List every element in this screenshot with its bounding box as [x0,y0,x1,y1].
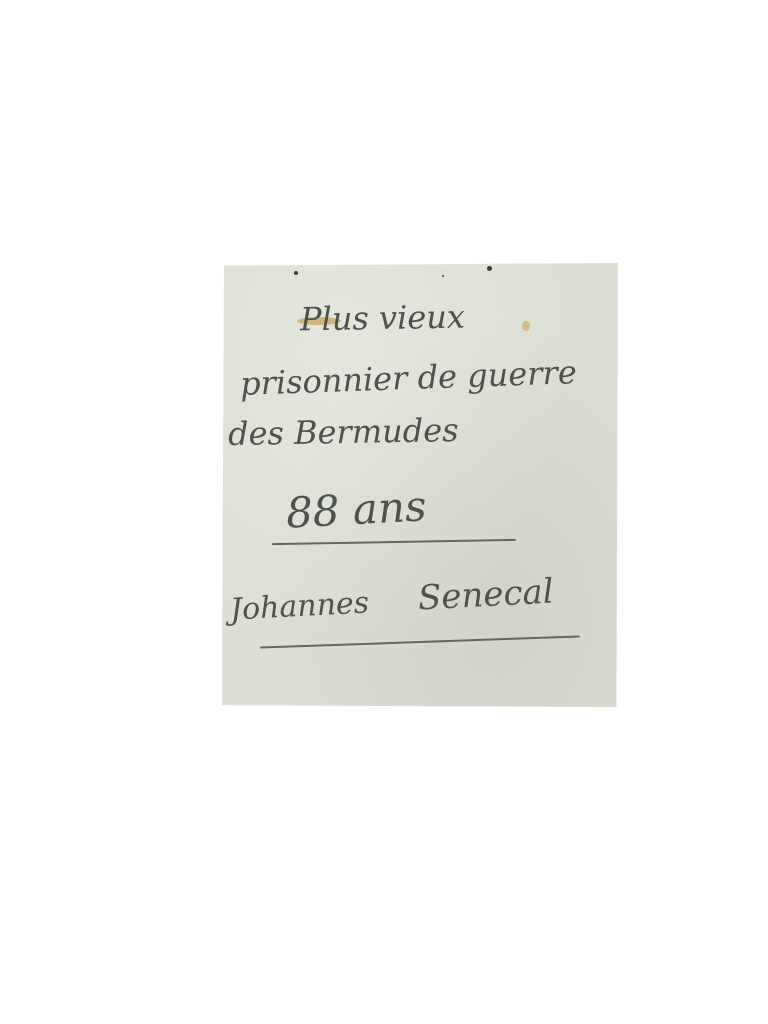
handwritten-note-card: Plus vieux prisonnier de guerre des Berm… [222,263,618,707]
note-last-name: Senecal [417,571,555,618]
stain-mark [522,321,530,331]
note-age: 88 ans [285,481,428,537]
note-line-3: des Bermudes [228,411,459,453]
underline [272,539,516,545]
pin-hole [294,271,298,275]
note-first-name: Johannes [229,585,370,627]
speck [442,275,444,277]
note-line-2: prisonnier de guerre [239,353,577,403]
underline [260,635,580,648]
note-line-1: Plus vieux [300,298,466,339]
pin-hole [487,266,492,271]
